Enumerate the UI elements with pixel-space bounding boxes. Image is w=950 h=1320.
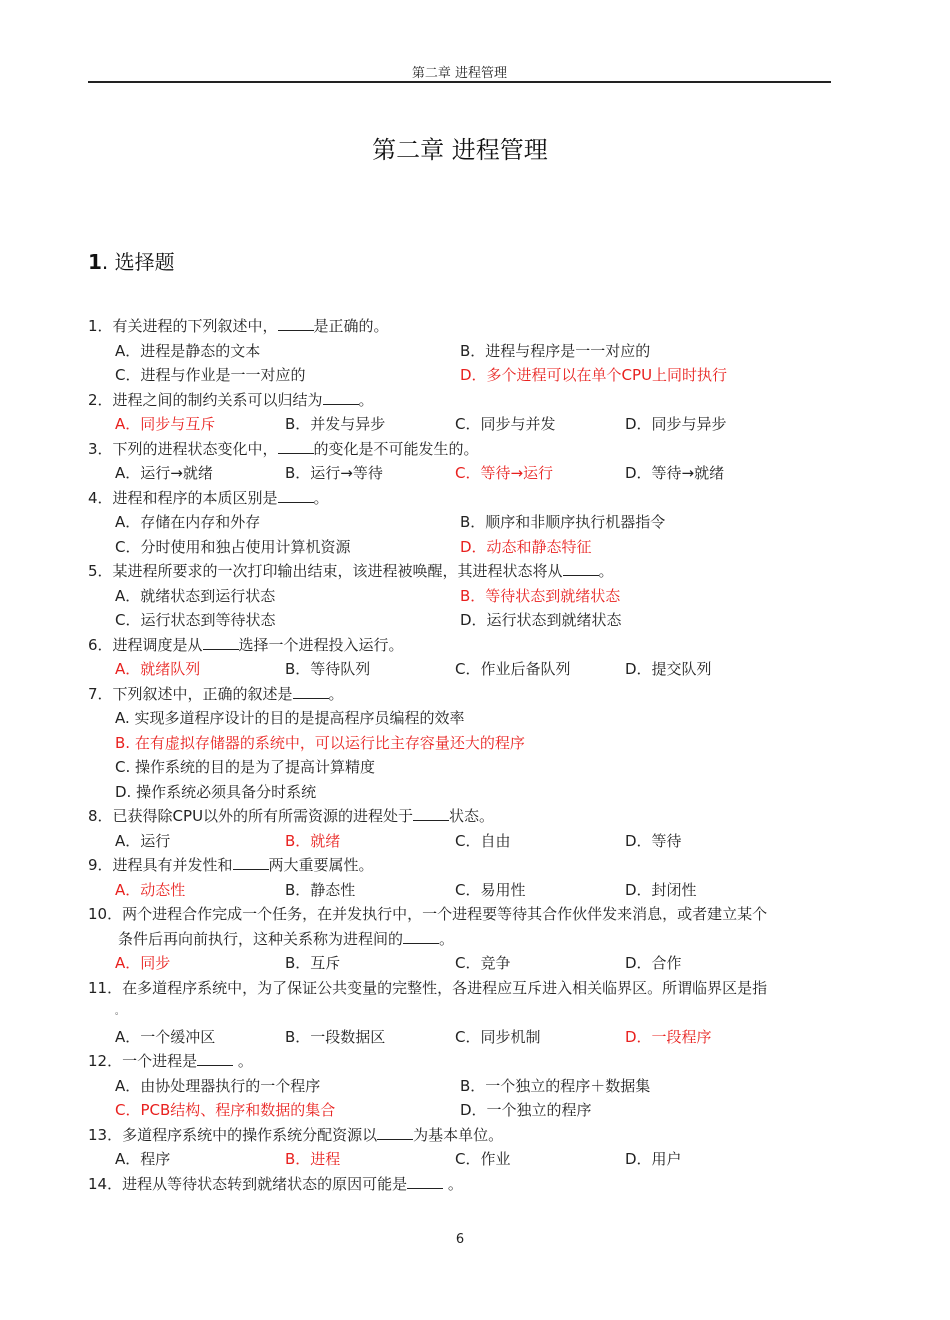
- option-correct: A．同步: [115, 951, 285, 976]
- option-correct: C．PCB结构、程序和数据的集合: [115, 1098, 460, 1123]
- question-text-tail: 。: [314, 489, 329, 507]
- question-stem: 6．进程调度是从选择一个进程投入运行。: [88, 633, 848, 658]
- answer-blank: [278, 316, 314, 331]
- option-list: A．由协处理器执行的一个程序B．一个独立的程序＋数据集C．PCB结构、程序和数据…: [88, 1074, 848, 1123]
- option: B．一段数据区: [285, 1025, 455, 1050]
- question-text-tail: 。: [329, 685, 344, 703]
- option: B．并发与异步: [285, 412, 455, 437]
- option-list: A．就绪队列B．等待队列C．作业后备队列D．提交队列: [88, 657, 848, 682]
- option-list: A．运行B．就绪C．自由D．等待: [88, 829, 848, 854]
- question-text-tail: 。: [359, 391, 374, 409]
- option-list: A．进程是静态的文本B．进程与程序是一一对应的C．进程与作业是一一对应的D．多个…: [88, 339, 848, 388]
- option-list: A．动态性B．静态性C．易用性D．封闭性: [88, 878, 848, 903]
- option-list: A．一个缓冲区B．一段数据区C．同步机制D．一段程序: [88, 1025, 848, 1050]
- option: C．分时使用和独占使用计算机资源: [115, 535, 460, 560]
- option: A．一个缓冲区: [115, 1025, 285, 1050]
- option: C．竞争: [455, 951, 625, 976]
- question-stem: 5．某进程所要求的一次打印输出结束，该进程被唤醒，其进程状态将从。: [88, 559, 848, 584]
- option: D．等待: [625, 829, 795, 854]
- question-list: 1．有关进程的下列叙述中，是正确的。A．进程是静态的文本B．进程与程序是一一对应…: [88, 314, 848, 1196]
- option: C．同步机制: [455, 1025, 625, 1050]
- question-item: 1．有关进程的下列叙述中，是正确的。A．进程是静态的文本B．进程与程序是一一对应…: [88, 314, 848, 388]
- option-list: A．同步B．互斥C．竞争D．合作: [88, 951, 848, 976]
- question-stem-line: 11．在多道程序系统中，为了保证公共变量的完整性，各进程应互斥进入相关临界区。所…: [88, 976, 848, 1001]
- option: A．运行→就绪: [115, 461, 285, 486]
- option: B．互斥: [285, 951, 455, 976]
- option: B．进程与程序是一一对应的: [460, 339, 805, 364]
- option: D．合作: [625, 951, 795, 976]
- option: C．同步与并发: [455, 412, 625, 437]
- question-item: 2．进程之间的制约关系可以归结为。A．同步与互斥B．并发与异步C．同步与并发D．…: [88, 388, 848, 437]
- option-correct: D．动态和静态特征: [460, 535, 805, 560]
- answer-blank: [203, 635, 239, 650]
- option-correct: A．动态性: [115, 878, 285, 903]
- option: D．用户: [625, 1147, 795, 1172]
- question-text-tail: 为基本单位。: [413, 1126, 503, 1144]
- answer-blank: [377, 1125, 413, 1140]
- question-text: 14．进程从等待状态转到就绪状态的原因可能是: [88, 1175, 407, 1193]
- stem-continuation: 。: [88, 1000, 848, 1025]
- question-text-tail: 选择一个进程投入运行。: [239, 636, 404, 654]
- option: A．进程是静态的文本: [115, 339, 460, 364]
- option-correct: D．多个进程可以在单个CPU上同时执行: [460, 363, 805, 388]
- option: B．运行→等待: [285, 461, 455, 486]
- answer-blank: [413, 806, 449, 821]
- question-text: 条件后再向前执行，这种关系称为进程间的: [118, 930, 403, 948]
- option: A．存储在内存和外存: [115, 510, 460, 535]
- question-stem-line: 10．两个进程合作完成一个任务，在并发执行中，一个进程要等待其合作伙伴发来消息，…: [88, 902, 848, 927]
- question-text-tail: 两大重要属性。: [269, 856, 374, 874]
- question-stem: 10．两个进程合作完成一个任务，在并发执行中，一个进程要等待其合作伙伴发来消息，…: [88, 902, 848, 951]
- option-list: A．就绪状态到运行状态B．等待状态到就绪状态C．运行状态到等待状态D．运行状态到…: [88, 584, 848, 633]
- option: A．由协处理器执行的一个程序: [115, 1074, 460, 1099]
- option: A. 实现多道程序设计的目的是提高程序员编程的效率: [115, 706, 815, 731]
- document-page: 第二章 进程管理 第二章 进程管理 1. 选择题 1．有关进程的下列叙述中，是正…: [0, 0, 950, 1320]
- option-correct: B．就绪: [285, 829, 455, 854]
- question-stem: 7．下列叙述中，正确的叙述是。: [88, 682, 848, 707]
- option-list: A．运行→就绪B．运行→等待C．等待→运行D．等待→就绪: [88, 461, 848, 486]
- running-header: 第二章 进程管理: [88, 62, 831, 81]
- question-item: 8．已获得除CPU以外的所有所需资源的进程处于状态。A．运行B．就绪C．自由D．…: [88, 804, 848, 853]
- option-correct: A．同步与互斥: [115, 412, 285, 437]
- option-list: A．同步与互斥B．并发与异步C．同步与并发D．同步与异步: [88, 412, 848, 437]
- question-stem: 13．多道程序系统中的操作系统分配资源以为基本单位。: [88, 1123, 848, 1148]
- option: B．等待队列: [285, 657, 455, 682]
- question-text: 6．进程调度是从: [88, 636, 203, 654]
- question-text: 4．进程和程序的本质区别是: [88, 489, 278, 507]
- option: A．就绪状态到运行状态: [115, 584, 460, 609]
- question-item: 12．一个进程是 。A．由协处理器执行的一个程序B．一个独立的程序＋数据集C．P…: [88, 1049, 848, 1123]
- question-item: 4．进程和程序的本质区别是。A．存储在内存和外存B．顺序和非顺序执行机器指令C．…: [88, 486, 848, 560]
- option-list: A．程序B．进程C．作业D．用户: [88, 1147, 848, 1172]
- question-stem: 9．进程具有并发性和两大重要属性。: [88, 853, 848, 878]
- question-stem: 12．一个进程是 。: [88, 1049, 848, 1074]
- question-text-tail: 的变化是不可能发生的。: [314, 440, 479, 458]
- section-separator: .: [102, 250, 115, 274]
- section-title: 1. 选择题: [88, 246, 175, 275]
- question-text: 1．有关进程的下列叙述中，: [88, 317, 278, 335]
- option: C．作业: [455, 1147, 625, 1172]
- option: D．同步与异步: [625, 412, 795, 437]
- option-correct: B．等待状态到就绪状态: [460, 584, 805, 609]
- question-text: 8．已获得除CPU以外的所有所需资源的进程处于: [88, 807, 413, 825]
- answer-blank: [563, 561, 599, 576]
- question-stem: 1．有关进程的下列叙述中，是正确的。: [88, 314, 848, 339]
- question-item: 9．进程具有并发性和两大重要属性。A．动态性B．静态性C．易用性D．封闭性: [88, 853, 848, 902]
- option: C．进程与作业是一一对应的: [115, 363, 460, 388]
- option: C．作业后备队列: [455, 657, 625, 682]
- question-stem: 2．进程之间的制约关系可以归结为。: [88, 388, 848, 413]
- option: C. 操作系统的目的是为了提高计算精度: [115, 755, 815, 780]
- option: D. 操作系统必须具备分时系统: [115, 780, 815, 805]
- answer-blank: [293, 684, 329, 699]
- option-correct: A．就绪队列: [115, 657, 285, 682]
- question-text-tail: 。: [443, 1175, 463, 1193]
- question-text: 3．下列的进程状态变化中，: [88, 440, 278, 458]
- chapter-title: 第二章 进程管理: [0, 130, 920, 165]
- question-item: 5．某进程所要求的一次打印输出结束，该进程被唤醒，其进程状态将从。A．就绪状态到…: [88, 559, 848, 633]
- question-stem: 8．已获得除CPU以外的所有所需资源的进程处于状态。: [88, 804, 848, 829]
- option: D．一个独立的程序: [460, 1098, 805, 1123]
- answer-blank: [278, 488, 314, 503]
- question-text-tail: 是正确的。: [314, 317, 389, 335]
- option: B．静态性: [285, 878, 455, 903]
- option-correct: C．等待→运行: [455, 461, 625, 486]
- question-text: 7．下列叙述中，正确的叙述是: [88, 685, 293, 703]
- option: C．运行状态到等待状态: [115, 608, 460, 633]
- question-stem: 4．进程和程序的本质区别是。: [88, 486, 848, 511]
- option: C．易用性: [455, 878, 625, 903]
- option: D．运行状态到就绪状态: [460, 608, 805, 633]
- option: C．自由: [455, 829, 625, 854]
- question-item: 6．进程调度是从选择一个进程投入运行。A．就绪队列B．等待队列C．作业后备队列D…: [88, 633, 848, 682]
- option: D．等待→就绪: [625, 461, 795, 486]
- option-correct: D．一段程序: [625, 1025, 795, 1050]
- option: B．顺序和非顺序执行机器指令: [460, 510, 805, 535]
- question-text: 12．一个进程是: [88, 1052, 197, 1070]
- question-item: 10．两个进程合作完成一个任务，在并发执行中，一个进程要等待其合作伙伴发来消息，…: [88, 902, 848, 976]
- option-list: A. 实现多道程序设计的目的是提高程序员编程的效率B. 在有虚拟存储器的系统中，…: [88, 706, 848, 804]
- option: A．运行: [115, 829, 285, 854]
- option-list: A．存储在内存和外存B．顺序和非顺序执行机器指令C．分时使用和独占使用计算机资源…: [88, 510, 848, 559]
- question-text: 13．多道程序系统中的操作系统分配资源以: [88, 1126, 377, 1144]
- question-text-tail: 状态。: [449, 807, 494, 825]
- answer-blank: [403, 929, 439, 944]
- answer-blank: [278, 439, 314, 454]
- section-label: 选择题: [115, 250, 175, 274]
- question-text-tail: 。: [439, 930, 454, 948]
- option: A．程序: [115, 1147, 285, 1172]
- question-text-tail: 。: [599, 562, 614, 580]
- answer-blank: [197, 1051, 233, 1066]
- answer-blank: [233, 855, 269, 870]
- question-item: 14．进程从等待状态转到就绪状态的原因可能是 。: [88, 1172, 848, 1197]
- option: D．封闭性: [625, 878, 795, 903]
- answer-blank: [407, 1174, 443, 1189]
- option: B．一个独立的程序＋数据集: [460, 1074, 805, 1099]
- page-number: 6: [0, 1232, 920, 1247]
- question-item: 3．下列的进程状态变化中，的变化是不可能发生的。A．运行→就绪B．运行→等待C．…: [88, 437, 848, 486]
- question-text: 9．进程具有并发性和: [88, 856, 233, 874]
- question-item: 11．在多道程序系统中，为了保证公共变量的完整性，各进程应互斥进入相关临界区。所…: [88, 976, 848, 1050]
- question-item: 13．多道程序系统中的操作系统分配资源以为基本单位。A．程序B．进程C．作业D．…: [88, 1123, 848, 1172]
- question-item: 7．下列叙述中，正确的叙述是。A. 实现多道程序设计的目的是提高程序员编程的效率…: [88, 682, 848, 805]
- option-correct: B．进程: [285, 1147, 455, 1172]
- option: D．提交队列: [625, 657, 795, 682]
- question-text: 2．进程之间的制约关系可以归结为: [88, 391, 323, 409]
- answer-blank: [323, 390, 359, 405]
- question-stem: 3．下列的进程状态变化中，的变化是不可能发生的。: [88, 437, 848, 462]
- header-rule: [88, 81, 831, 83]
- option-correct: B. 在有虚拟存储器的系统中，可以运行比主存容量还大的程序: [115, 731, 815, 756]
- question-stem: 11．在多道程序系统中，为了保证公共变量的完整性，各进程应互斥进入相关临界区。所…: [88, 976, 848, 1001]
- question-text-tail: 。: [233, 1052, 253, 1070]
- question-text: 5．某进程所要求的一次打印输出结束，该进程被唤醒，其进程状态将从: [88, 562, 563, 580]
- question-stem: 14．进程从等待状态转到就绪状态的原因可能是 。: [88, 1172, 848, 1197]
- section-number: 1: [88, 250, 102, 274]
